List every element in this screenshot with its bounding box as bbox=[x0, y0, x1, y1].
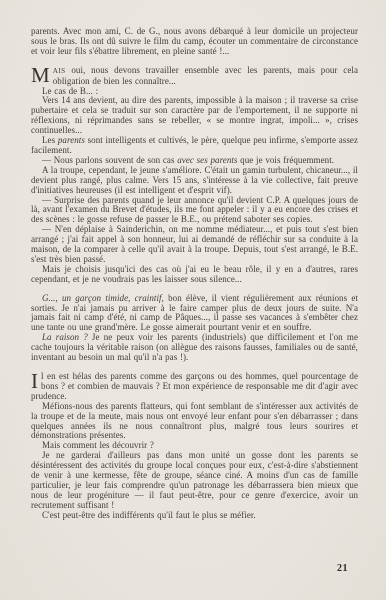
text-block: parents. Avec mon ami, C. de G., nous av… bbox=[31, 27, 358, 521]
paragraph-13: Il en est hélas des parents comme des ga… bbox=[31, 372, 358, 402]
dropcap-letter: I bbox=[31, 372, 41, 390]
text-segment: parents bbox=[58, 135, 85, 145]
text-segment: Méfions-nous des parents flatteurs, qui … bbox=[31, 401, 358, 441]
paragraph-4: Vers 14 ans devient, au dire des parents… bbox=[31, 96, 358, 136]
page-number: 21 bbox=[337, 563, 348, 574]
paragraph-7: A la troupe, cependant, le jeune s'améli… bbox=[31, 166, 358, 196]
text-segment: — N'en déplaise à Sainderichin, on me no… bbox=[31, 224, 358, 264]
text-segment: Je ne garderai d'ailleurs pas dans mon u… bbox=[31, 450, 358, 510]
paragraph-9: — N'en déplaise à Sainderichin, on me no… bbox=[31, 225, 358, 265]
paragraph-17: C'est peut-être des indifférents qu'il f… bbox=[31, 511, 358, 521]
scanned-book-page: parents. Avec mon ami, C. de G., nous av… bbox=[0, 0, 386, 600]
paragraph-11: G..., un garçon timide, craintif, bon él… bbox=[31, 294, 358, 334]
text-segment: G..., un garçon timide, craintif bbox=[42, 293, 162, 303]
text-segment: parents. Avec mon ami, C. de G., nous av… bbox=[31, 26, 358, 56]
paragraph-5: Les parents sont intelligents et cultivé… bbox=[31, 136, 358, 156]
paragraph-8: — Surprise des parents quand je leur ann… bbox=[31, 196, 358, 226]
text-segment: — Surprise des parents quand je leur ann… bbox=[31, 195, 358, 225]
dropcap-letter: M bbox=[31, 66, 53, 84]
text-segment: Le cas de B... : bbox=[42, 86, 98, 96]
text-segment: Mais comment les découvrir ? bbox=[42, 440, 154, 450]
text-segment: A la troupe, cependant, le jeune s'améli… bbox=[31, 165, 358, 195]
paragraph-12: La raison ? Je ne peux voir les parents … bbox=[31, 333, 358, 363]
text-segment: Les bbox=[42, 135, 58, 145]
text-segment: ais bbox=[53, 67, 66, 75]
paragraph-16: Je ne garderai d'ailleurs pas dans mon u… bbox=[31, 451, 358, 510]
text-segment: Vers 14 ans devient, au dire des parents… bbox=[31, 95, 358, 135]
text-segment: C'est peut-être des indifférents qu'il f… bbox=[42, 510, 256, 520]
paragraph-1: parents. Avec mon ami, C. de G., nous av… bbox=[31, 27, 358, 57]
paragraph-14: Méfions-nous des parents flatteurs, qui … bbox=[31, 402, 358, 442]
text-segment: l en est hélas des parents comme des gar… bbox=[31, 371, 358, 401]
text-segment: — Nous parlons souvent de son cas bbox=[42, 155, 177, 165]
text-segment: La raison ? bbox=[42, 332, 88, 342]
paragraph-2: Mais oui, nous devons travailler ensembl… bbox=[31, 66, 358, 87]
text-segment: oui, nous devons travailler ensemble ave… bbox=[53, 65, 358, 86]
text-segment: que je vois fréquemment. bbox=[237, 155, 334, 165]
text-segment: Mais je choisis jusqu'ici des cas où j'a… bbox=[31, 264, 358, 284]
paragraph-10: Mais je choisis jusqu'ici des cas où j'a… bbox=[31, 265, 358, 285]
text-segment: avec ses parents bbox=[177, 155, 237, 165]
